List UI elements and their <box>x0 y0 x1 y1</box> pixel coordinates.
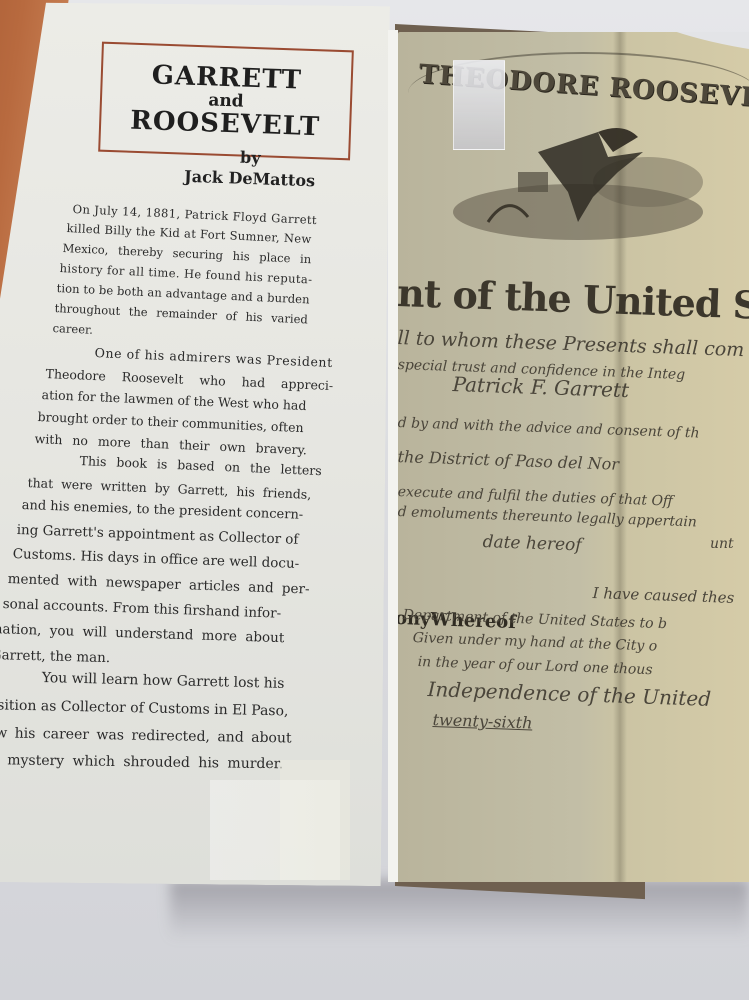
blurb-line: and his enemies, to the president concer… <box>21 498 303 523</box>
blurb-line: Customs. His days in office are well doc… <box>12 546 299 572</box>
blurb-line: ation for the lawmen of the West who had <box>41 387 306 413</box>
blurb-line: with no more than their own bravery. <box>34 431 307 457</box>
blurb-line: Garrett, the man. <box>0 647 110 666</box>
blurb-line: the mystery which shrouded his murder. <box>0 752 283 772</box>
blurb-line: This book is based on the letters <box>79 453 322 478</box>
blurb-line: ing Garrett's appointment as Collector o… <box>16 522 298 548</box>
light-glare <box>210 780 340 880</box>
blurb-line: how his career was redirected, and about <box>0 725 292 746</box>
blurb-line: You will learn how Garrett lost his <box>42 670 285 692</box>
blurb-line: One of his admirers was President <box>94 345 333 370</box>
blurb-line: mation, you will understand more about <box>0 621 284 646</box>
blurb-line: brought order to their communities, ofte… <box>37 409 304 435</box>
blurb-line: career. <box>52 321 93 337</box>
blurb-line: sonal accounts. From this firshand infor… <box>2 596 281 622</box>
flap-blurb: On July 14, 1881, Patrick Floyd Garrett … <box>0 0 749 1000</box>
photo-scene: THEODORE ROOSEVELT nt of the United Stat… <box>0 0 749 1000</box>
blurb-line: that were written by Garrett, his friend… <box>27 475 311 502</box>
blurb-line: mented with newspaper articles and per- <box>7 571 309 598</box>
blurb-line: position as Collector of Customs in El P… <box>0 697 289 719</box>
